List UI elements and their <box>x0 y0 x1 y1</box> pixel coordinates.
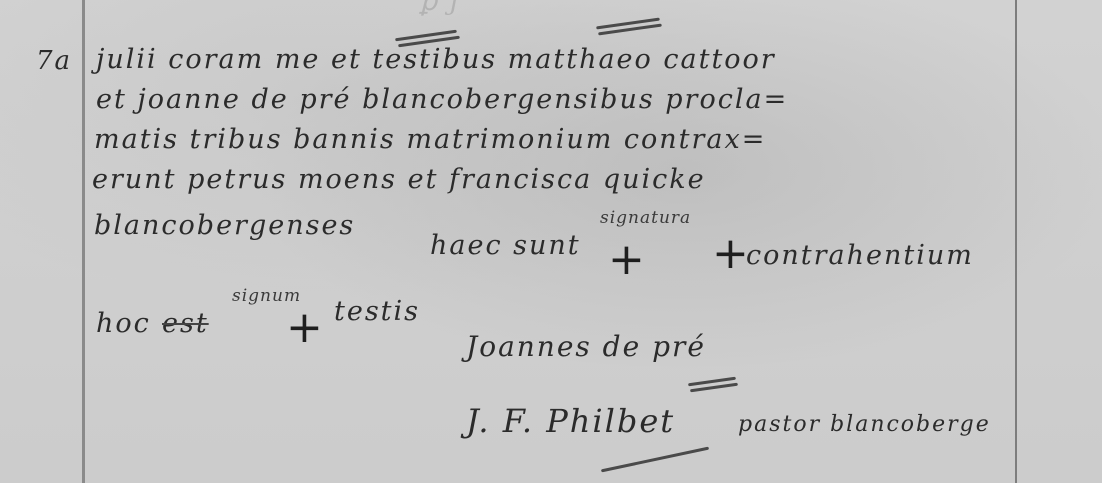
bleed-through-text: ꝑ ƒ <box>420 0 462 17</box>
signature-flourish <box>601 447 709 473</box>
right-margin-rule <box>1015 0 1017 483</box>
signatura-label: signatura <box>600 208 691 228</box>
text-line-1: julii coram me et testibus matthaeo catt… <box>96 44 776 75</box>
witness-signature: Joannes de pré <box>466 330 706 363</box>
pastor-signature: J. F. Philbet <box>466 402 675 440</box>
pastor-title: pastor blancoberge <box>738 412 991 437</box>
testis-text: testis <box>334 296 420 327</box>
haec-sunt-text: haec sunt <box>430 230 581 261</box>
struck-est-text: est <box>162 308 209 339</box>
left-margin-rule <box>82 0 85 483</box>
text-line-5: blancobergenses <box>94 210 355 241</box>
witness-cross: + <box>286 306 323 350</box>
hoc-text: hoc <box>96 308 151 339</box>
text-line-2: et joanne de pré blancobergensibus procl… <box>96 84 788 115</box>
mark-cross-2: + <box>712 232 749 276</box>
mark-cross-1: + <box>608 238 645 282</box>
text-line-4: erunt petrus moens et francisca quicke <box>92 164 706 195</box>
contrahentium-text: contrahentium <box>746 240 974 271</box>
margin-date: 7a <box>36 46 72 76</box>
text-line-3: matis tribus bannis matrimonium contrax= <box>94 124 766 155</box>
